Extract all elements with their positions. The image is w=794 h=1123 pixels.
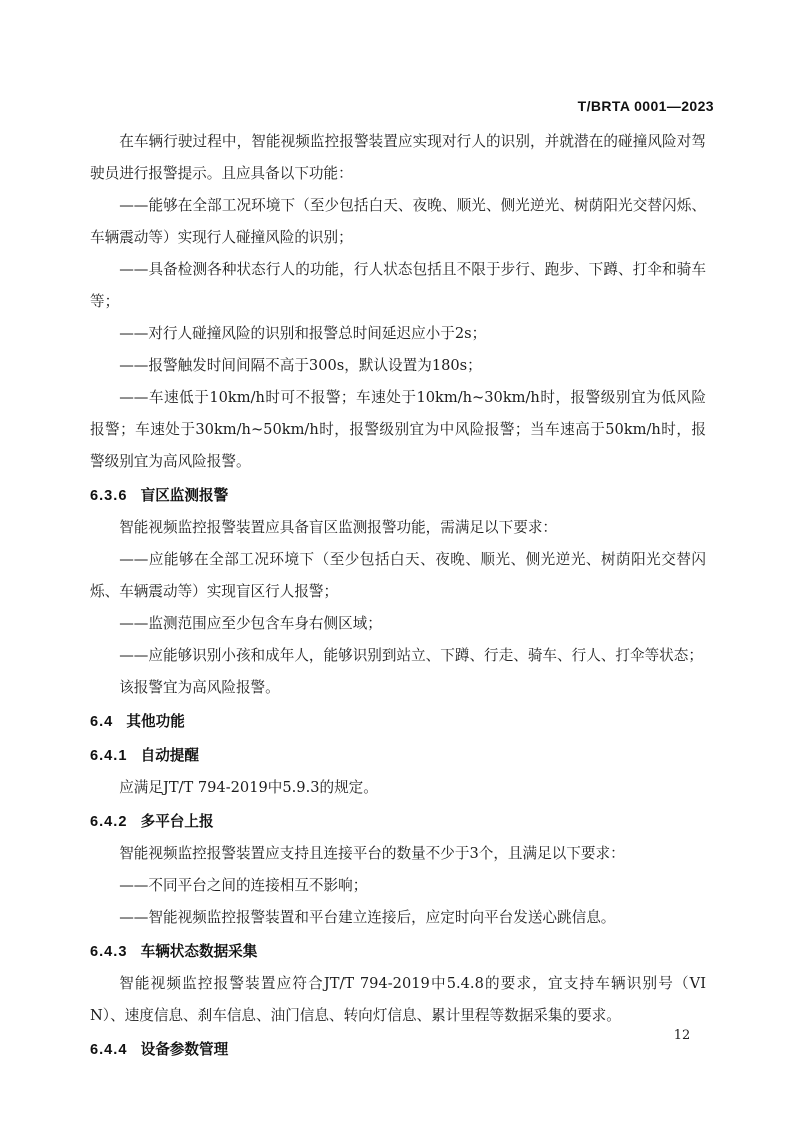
section-title: 盲区监测报警 <box>141 488 229 504</box>
section-heading: 6.3.6盲区监测报警 <box>90 480 706 512</box>
section-heading: 6.4.1自动提醒 <box>90 740 706 772</box>
paragraph: ——不同平台之间的连接相互不影响； <box>90 870 706 902</box>
paragraph: ——应能够在全部工况环境下（至少包括白天、夜晚、顺光、侧光逆光、树荫阳光交替闪烁… <box>90 544 706 608</box>
section-title: 自动提醒 <box>141 748 199 764</box>
section-number: 6.4.3 <box>90 944 127 960</box>
paragraph: ——应能够识别小孩和成年人，能够识别到站立、下蹲、行走、骑车、行人、打伞等状态； <box>90 640 706 672</box>
paragraph: 该报警宜为高风险报警。 <box>90 672 706 704</box>
paragraph: ——车速低于10km/h时可不报警；车速处于10km/h~30km/h时，报警级… <box>90 382 706 478</box>
section-heading: 6.4.4设备参数管理 <box>90 1034 706 1066</box>
section-number: 6.3.6 <box>90 488 127 504</box>
section-number: 6.4.4 <box>90 1042 127 1058</box>
section-title: 其他功能 <box>126 714 184 730</box>
paragraph: ——监测范围应至少包含车身右侧区域； <box>90 608 706 640</box>
section-number: 6.4.1 <box>90 748 127 764</box>
paragraph: ——对行人碰撞风险的识别和报警总时间延迟应小于2s； <box>90 318 706 350</box>
page-number: 12 <box>664 1028 700 1043</box>
section-number: 6.4 <box>90 714 113 730</box>
paragraph: 智能视频监控报警装置应具备盲区监测报警功能，需满足以下要求： <box>90 512 706 544</box>
section-title: 车辆状态数据采集 <box>141 944 258 960</box>
section-heading: 6.4.2多平台上报 <box>90 806 706 838</box>
section-title: 多平台上报 <box>141 814 214 830</box>
section-number: 6.4.2 <box>90 814 127 830</box>
paragraph: 智能视频监控报警装置应符合JT/T 794-2019中5.4.8的要求，宜支持车… <box>90 968 706 1032</box>
paragraph: ——报警触发时间间隔不高于300s，默认设置为180s； <box>90 350 706 382</box>
section-heading: 6.4其他功能 <box>90 706 706 738</box>
section-title: 设备参数管理 <box>141 1042 229 1058</box>
section-heading: 6.4.3车辆状态数据采集 <box>90 936 706 968</box>
document-page: T/BRTA 0001—2023 在车辆行驶过程中，智能视频监控报警装置应实现对… <box>0 0 794 1123</box>
paragraph: ——智能视频监控报警装置和平台建立连接后，应定时向平台发送心跳信息。 <box>90 902 706 934</box>
paragraph: 应满足JT/T 794-2019中5.9.3的规定。 <box>90 772 706 804</box>
paragraph: 智能视频监控报警装置应支持且连接平台的数量不少于3个，且满足以下要求： <box>90 838 706 870</box>
document-content: 在车辆行驶过程中，智能视频监控报警装置应实现对行人的识别，并就潜在的碰撞风险对驾… <box>90 126 706 1066</box>
paragraph: ——具备检测各种状态行人的功能，行人状态包括且不限于步行、跑步、下蹲、打伞和骑车… <box>90 254 706 318</box>
document-number-header: T/BRTA 0001—2023 <box>90 98 714 114</box>
paragraph: ——能够在全部工况环境下（至少包括白天、夜晚、顺光、侧光逆光、树荫阳光交替闪烁、… <box>90 190 706 254</box>
paragraph: 在车辆行驶过程中，智能视频监控报警装置应实现对行人的识别，并就潜在的碰撞风险对驾… <box>90 126 706 190</box>
